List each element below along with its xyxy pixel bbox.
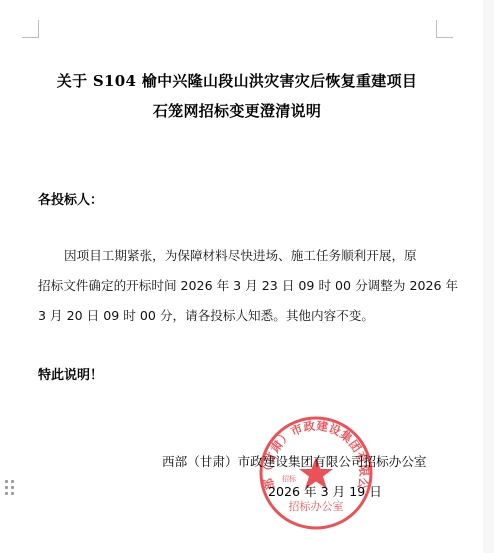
salutation: 各投标人： [38, 189, 103, 208]
signature-date: 2026 年 3 月 19 日 [268, 481, 382, 500]
official-seal-stamp: 西部（甘肃）市政建设集团有限公司 招标 招标办公室 [258, 415, 374, 531]
body-line-1: 因项目工期紧张，为保障材料尽快进场、施工任务顺利开展，原 [64, 245, 417, 264]
top-left-margin-mark [22, 20, 39, 38]
body-line-2: 招标文件确定的开标时间 2026 年 3 月 23 日 09 时 00 分调整为… [38, 275, 458, 294]
top-right-margin-mark [436, 20, 453, 38]
stamp-bottom-text: 招标办公室 [289, 499, 344, 513]
document-title-line-2: 石笼网招标变更澄清说明 [0, 100, 474, 121]
body-line-3: 3 月 20 日 09 时 00 分，请各投标人知悉。其他内容不变。 [38, 305, 374, 324]
closing-statement: 特此说明！ [38, 364, 103, 383]
signature-organization: 西部（甘肃）市政建设集团有限公司招标办公室 [162, 451, 426, 470]
document-page: 关于 S104 榆中兴隆山段山洪灾害灾后恢复重建项目 石笼网招标变更澄清说明 各… [0, 0, 483, 553]
right-scroll-gutter [483, 0, 494, 553]
document-title-line-1: 关于 S104 榆中兴隆山段山洪灾害灾后恢复重建项目 [0, 70, 474, 91]
drag-handle-icon[interactable] [5, 480, 15, 496]
